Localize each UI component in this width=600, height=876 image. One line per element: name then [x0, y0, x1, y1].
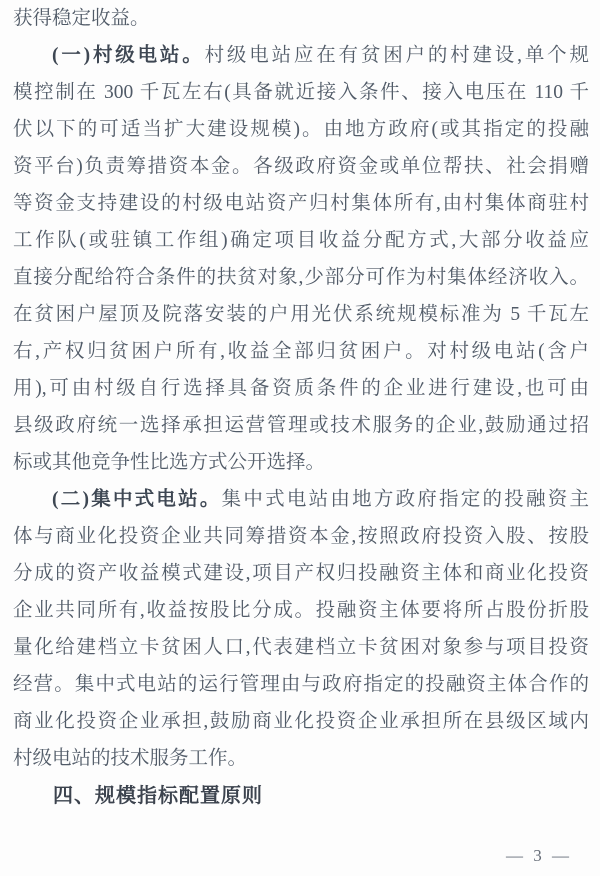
text-line-content: 直接分配给符合条件的扶贫对象,少部分可作为村集体经济收入。: [13, 267, 589, 288]
text-line-content: 在贫困户屋顶及院落安装的户用光伏系统规模标准为 5 千瓦左: [13, 304, 589, 325]
text-line-content: 企业共同所有,收益按股比分成。投融资主体要将所占股份折股: [13, 600, 589, 621]
text-line: 等资金支持建设的村级电站资产归村集体所有,由村集体商驻村: [13, 185, 589, 222]
text-line: 伏以下的可适当扩大建设规模)。由地方政府(或其指定的投融: [13, 111, 589, 148]
text-column: 获得稳定收益。 (一)村级电站。村级电站应在有贫困户的村建设,单个规 模控制在 …: [13, 0, 589, 814]
text-line: 标或其他竞争性比选方式公开选择。: [13, 444, 589, 481]
section-heading: 四、规模指标配置原则: [13, 777, 589, 814]
text-line: 工作队(或驻镇工作组)确定项目收益分配方式,大部分收益应: [13, 222, 589, 259]
text-line: 在贫困户屋顶及院落安装的户用光伏系统规模标准为 5 千瓦左: [13, 296, 589, 333]
text-line: 村级电站的技术服务工作。: [13, 740, 589, 777]
paragraph-lead: (一)村级电站。: [52, 45, 205, 66]
text-line-content: 村级电站的技术服务工作。: [13, 748, 247, 769]
text-line-content: 标或其他竞争性比选方式公开选择。: [13, 452, 325, 473]
text-line: 县级政府统一选择承担运营管理或技术服务的企业,鼓励通过招: [13, 407, 589, 444]
document-page: 获得稳定收益。 (一)村级电站。村级电站应在有贫困户的村建设,单个规 模控制在 …: [0, 0, 600, 876]
text-line: 资平台)负责筹措资本金。各级政府资金或单位帮扶、社会捐赠: [13, 148, 589, 185]
text-line-content: 资平台)负责筹措资本金。各级政府资金或单位帮扶、社会捐赠: [13, 156, 589, 177]
text-line-content: 模控制在 300 千瓦左右(具备就近接入条件、接入电压在 110 千: [13, 82, 589, 103]
text-line-content: 商业化投资企业承担,鼓励商业化投资企业承担所在县级区域内: [13, 711, 589, 732]
text-line: 分成的资产收益模式建设,项目产权归投融资主体和商业化投资: [13, 555, 589, 592]
text-line-content: 分成的资产收益模式建设,项目产权归投融资主体和商业化投资: [13, 563, 589, 584]
text-line-content: 等资金支持建设的村级电站资产归村集体所有,由村集体商驻村: [13, 193, 589, 214]
text-line-content: 工作队(或驻镇工作组)确定项目收益分配方式,大部分收益应: [13, 230, 589, 251]
text-line-content: 经营。集中式电站的运行管理由与政府指定的投融资主体合作的: [13, 674, 589, 695]
text-line-content: 集中式电站由地方政府指定的投融资主: [222, 489, 589, 510]
text-line-content: 右,产权归贫困户所有,收益全部归贫困户。对村级电站(含户: [13, 341, 589, 362]
page-number: — 3 —: [506, 844, 572, 868]
text-line-content: 获得稳定收益。: [13, 8, 150, 29]
paragraph-lead: (二)集中式电站。: [52, 489, 222, 510]
text-line: 右,产权归贫困户所有,收益全部归贫困户。对村级电站(含户: [13, 333, 589, 370]
text-line-content: 量化给建档立卡贫困人口,代表建档立卡贫困对象参与项目投资: [13, 637, 589, 658]
text-line: 商业化投资企业承担,鼓励商业化投资企业承担所在县级区域内: [13, 703, 589, 740]
text-line: 用),可由村级自行选择具备资质条件的企业进行建设,也可由: [13, 370, 589, 407]
text-line: 直接分配给符合条件的扶贫对象,少部分可作为村集体经济收入。: [13, 259, 589, 296]
text-line: 经营。集中式电站的运行管理由与政府指定的投融资主体合作的: [13, 666, 589, 703]
text-line: (一)村级电站。村级电站应在有贫困户的村建设,单个规: [13, 37, 589, 74]
text-line-content: 村级电站应在有贫困户的村建设,单个规: [205, 45, 589, 66]
text-line: (二)集中式电站。集中式电站由地方政府指定的投融资主: [13, 481, 589, 518]
text-line: 获得稳定收益。: [13, 0, 589, 37]
text-line: 模控制在 300 千瓦左右(具备就近接入条件、接入电压在 110 千: [13, 74, 589, 111]
text-line-content: 伏以下的可适当扩大建设规模)。由地方政府(或其指定的投融: [13, 119, 589, 140]
text-line: 企业共同所有,收益按股比分成。投融资主体要将所占股份折股: [13, 592, 589, 629]
text-line-content: 用),可由村级自行选择具备资质条件的企业进行建设,也可由: [13, 378, 589, 399]
text-line-content: 县级政府统一选择承担运营管理或技术服务的企业,鼓励通过招: [13, 415, 589, 436]
text-line: 量化给建档立卡贫困人口,代表建档立卡贫困对象参与项目投资: [13, 629, 589, 666]
text-line: 体与商业化投资企业共同筹措资本金,按照政府投资入股、按股: [13, 518, 589, 555]
text-line-content: 体与商业化投资企业共同筹措资本金,按照政府投资入股、按股: [13, 526, 589, 547]
